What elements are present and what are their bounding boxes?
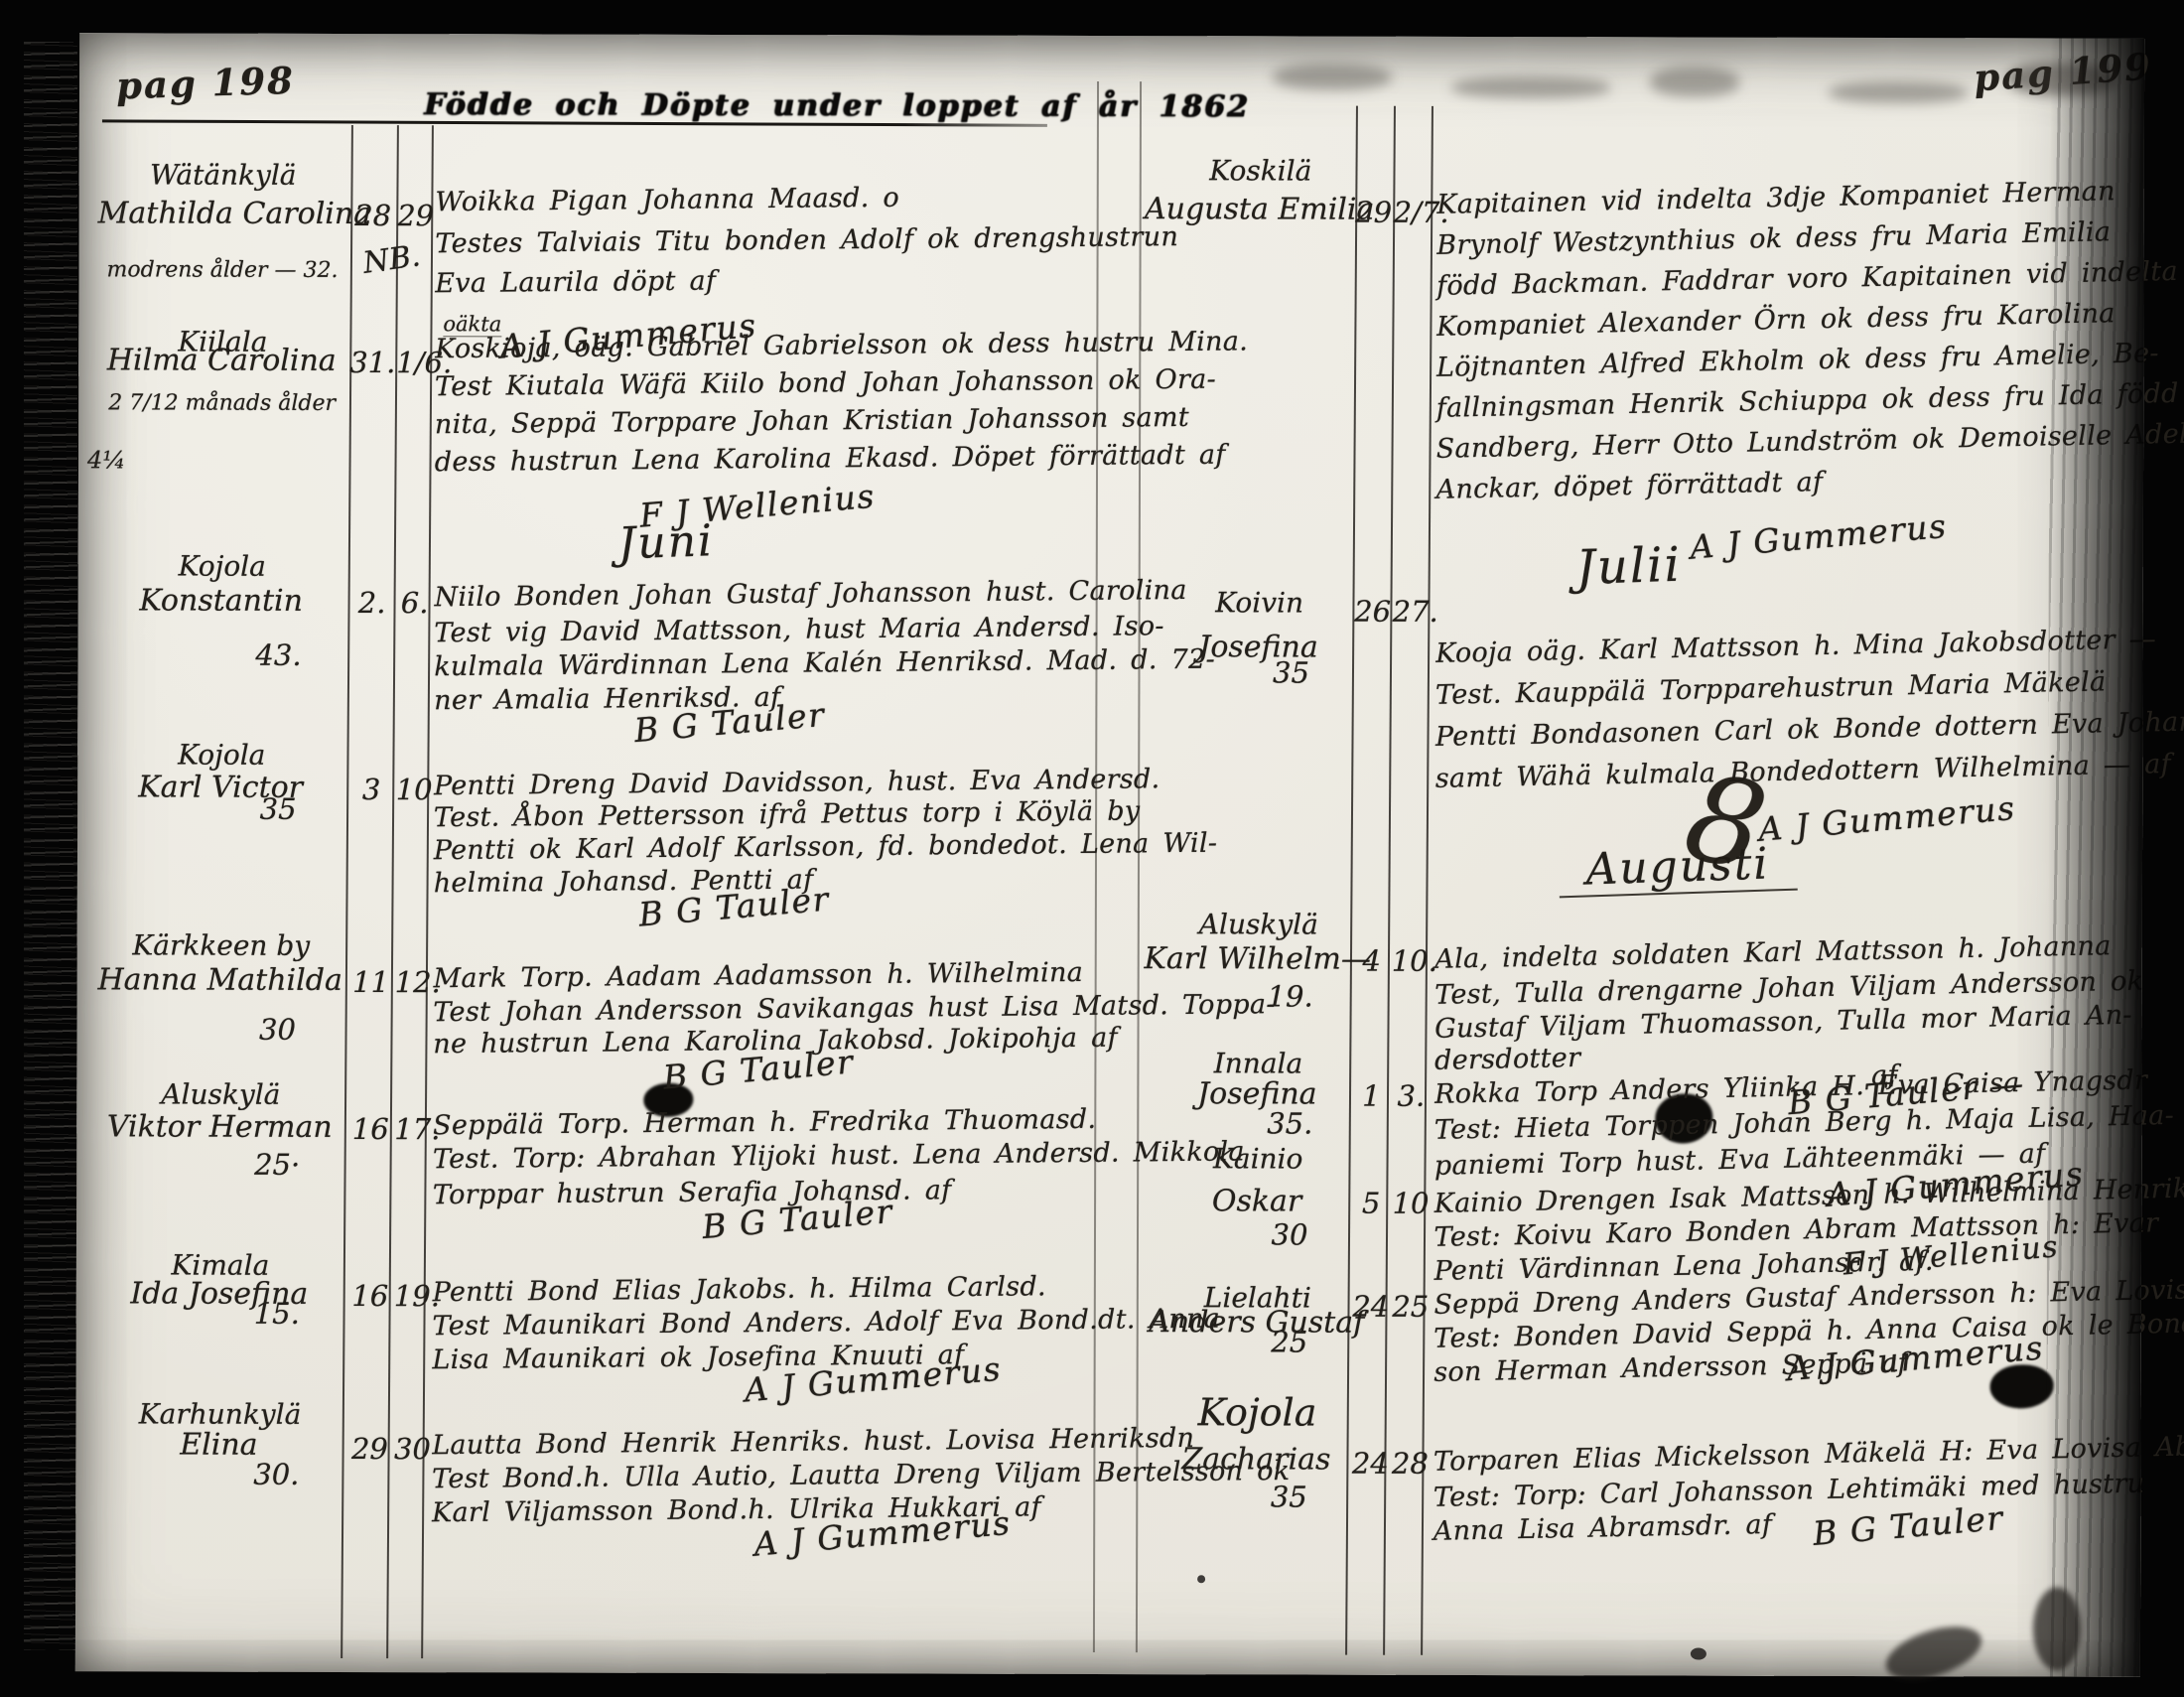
birth-day: 4: [1352, 944, 1392, 978]
entry-name: Konstantin: [97, 583, 345, 619]
entry-body-line: Test Maunikari Bond Anders. Adolf Eva Bo…: [432, 1304, 1220, 1343]
smudge: [1197, 1575, 1205, 1583]
entry-body-line: Testes Talviais Titu bonden Adolf ok dre…: [435, 221, 1178, 259]
entry-name: Oskar: [1133, 1184, 1381, 1219]
entry-place: Karhunkylä: [98, 1397, 341, 1431]
entry-body-line: Brynolf Westzynthius ok dess fru Maria E…: [1436, 216, 2112, 261]
left-page: pag 198 Födde och Döpte under loppet af …: [92, 33, 1132, 1674]
baptism-day: 25: [1391, 1290, 1431, 1324]
bleed-through-marks: [1650, 67, 1739, 96]
entry-name: Hilma Carolina: [97, 343, 345, 378]
entry-place: Kojola: [1136, 1390, 1378, 1435]
entry-body-line: Eva Laurila döpt af: [435, 266, 716, 300]
margin-left-mark: 4¼: [87, 446, 131, 474]
nb-mark: NB.: [347, 236, 437, 282]
baptism-day: 19.: [394, 1279, 432, 1313]
birth-day: 24: [1351, 1290, 1391, 1324]
margin-number: 25·: [212, 1148, 341, 1182]
baptism-day: 10: [1391, 1187, 1431, 1220]
entry-name: Mathilda Carolina: [98, 196, 346, 231]
baptism-day: 1/6.: [396, 346, 434, 379]
birth-day: 29: [345, 1432, 393, 1466]
right-page: pag 199 KoskiläAugusta Emilia292/7.Kapit…: [1130, 36, 2144, 1677]
paper-sheet: pag 198 Födde och Döpte under loppet af …: [75, 33, 2144, 1676]
entry-place: Kainio: [1137, 1142, 1379, 1176]
ink-blot: [1990, 1364, 2054, 1408]
baptism-day: 30: [393, 1432, 431, 1466]
birth-day: 26: [1353, 595, 1393, 629]
birth-day: 1: [1351, 1079, 1391, 1113]
entry-body-line: Seppälä Torp. Herman h. Fredrika Thuomas…: [433, 1104, 1096, 1141]
birth-day: 24: [1350, 1447, 1390, 1481]
margin-number: 35: [213, 792, 342, 826]
column-rule: [1383, 106, 1396, 1655]
entry-margin-note: 2 7/12 månads ålder: [105, 390, 339, 416]
month-header: Julii: [1519, 535, 1739, 598]
entry-body-line: nita, Seppä Torppare Johan Kristian Joha…: [435, 402, 1189, 440]
entry-place: Aluskylä: [1138, 908, 1380, 941]
entry-body-line: Test vig David Mattsson, hust Maria Ande…: [434, 611, 1164, 648]
entry-place: Wätänkylä: [102, 158, 344, 192]
margin-number: 19.: [1231, 979, 1350, 1013]
bleed-through-marks: [1451, 76, 1610, 98]
entry-body-line: Kompaniet Alexander Örn ok dess fru Karo…: [1436, 298, 2116, 343]
entry-body-line: Kapitainen vid indelta 3dje Kompaniet He…: [1436, 176, 2116, 220]
entry-body-line: Anckar, döpet förrättadt af: [1435, 467, 1823, 505]
entry-name: Karl Wilhelm—: [1134, 941, 1382, 977]
baptism-day: 29: [397, 199, 435, 232]
smudge: [2033, 1587, 2081, 1670]
month-header: Juni: [596, 515, 737, 570]
scanned-register-page: pag 198 Födde och Döpte under loppet af …: [0, 0, 2184, 1697]
entry-name: Viktor Herman: [95, 1109, 343, 1145]
entry-name: Hanna Mathilda: [96, 962, 344, 998]
page-number-left: pag 198: [115, 59, 295, 108]
margin-number: 15.: [212, 1297, 341, 1331]
baptism-day: 27.: [1393, 595, 1433, 629]
margin-number: 43.: [213, 638, 342, 672]
register-title: Födde och Döpte under loppet af år 1862: [424, 87, 1053, 124]
entry-place: Koskilä: [1140, 154, 1382, 188]
birth-day: 16: [346, 1112, 394, 1146]
birth-day: 16: [346, 1279, 394, 1313]
margin-number: 35: [1231, 655, 1350, 689]
baptism-day: 28: [1390, 1447, 1430, 1481]
margin-number: 25: [1230, 1325, 1349, 1358]
birth-day: 2.: [348, 586, 396, 620]
birth-day: 29: [1354, 196, 1394, 229]
page-edge-shadow: [2046, 38, 2144, 1676]
entry-body-line: Lautta Bond Henrik Henriks. hust. Lovisa…: [432, 1423, 1194, 1461]
birth-day: 11: [347, 965, 395, 999]
margin-number: 35: [1229, 1480, 1348, 1513]
entry-margin-note: modrens ålder — 32.: [106, 257, 340, 283]
entry-name: Augusta Emilia: [1136, 192, 1384, 227]
entry-place: Innala: [1137, 1047, 1379, 1080]
baptism-day: 17.: [394, 1112, 432, 1146]
entry-place: Kärkkeen by: [100, 928, 342, 962]
entry-name: Zacharias: [1132, 1442, 1380, 1478]
baptism-day: 10.: [1392, 944, 1432, 978]
entry-place: Kojola: [100, 738, 342, 772]
entry-place: Aluskylä: [99, 1077, 341, 1111]
margin-number: 30: [212, 1013, 341, 1047]
birth-day: 31.: [348, 346, 396, 379]
baptism-day: 12.: [395, 965, 433, 999]
entry-body-line: Pentti ok Karl Adolf Karlsson, fd. bonde…: [434, 828, 1218, 867]
margin-number: 35.: [1230, 1106, 1349, 1140]
birth-day: 28: [349, 199, 397, 232]
margin-number: 30.: [211, 1458, 341, 1491]
baptism-day: 2/7.: [1394, 196, 1433, 229]
baptism-day: 3.: [1391, 1079, 1431, 1113]
entry-body-line: Woikka Pigan Johanna Maasd. o: [435, 183, 899, 217]
entry-body-line: dess hustrun Lena Karolina Ekasd. Döpet …: [435, 440, 1226, 479]
column-rule: [1421, 106, 1433, 1655]
entry-body-line: Koskioja, oäg. Gabriel Gabrielsson ok de…: [435, 326, 1248, 364]
baptism-day: 10: [395, 773, 433, 806]
entry-body-line: Test. Kauppälä Torpparehustrun Maria Mäk…: [1435, 666, 2107, 711]
bleed-through-marks: [1829, 81, 1968, 103]
entry-body-line: kulmala Wärdinnan Lena Kalén Henriksd. M…: [434, 644, 1215, 683]
entry-body-line: dersdotter: [1434, 1043, 1581, 1076]
birth-day: 3: [347, 773, 395, 806]
bleed-through-marks: [1273, 64, 1392, 89]
entry-body-line: Pentti Bond Elias Jakobs. h. Hilma Carls…: [433, 1271, 1047, 1308]
birth-day: 5: [1351, 1187, 1391, 1220]
book-spine-texture: [24, 42, 77, 1650]
entry-body-line: Mark Torp. Aadam Aadamsson h. Wilhelmina: [433, 957, 1083, 994]
entry-place: Kojola: [101, 549, 343, 583]
entry-body-line: Test. Torp: Abrahan Ylijoki hust. Lena A…: [433, 1136, 1245, 1175]
entry-place: Koivin: [1139, 586, 1381, 620]
baptism-day: 6.: [396, 586, 434, 620]
entry-body-line: Niilo Bonden Johan Gustaf Johansson hust…: [434, 575, 1186, 613]
entry-body-line: Test Kiutala Wäfä Kiilo bond Johan Johan…: [435, 364, 1216, 403]
margin-number: 30: [1230, 1217, 1349, 1251]
smudge: [1691, 1648, 1706, 1660]
entry-body-line: Test. Åbon Pettersson ifrå Pettus torp i…: [434, 795, 1141, 833]
